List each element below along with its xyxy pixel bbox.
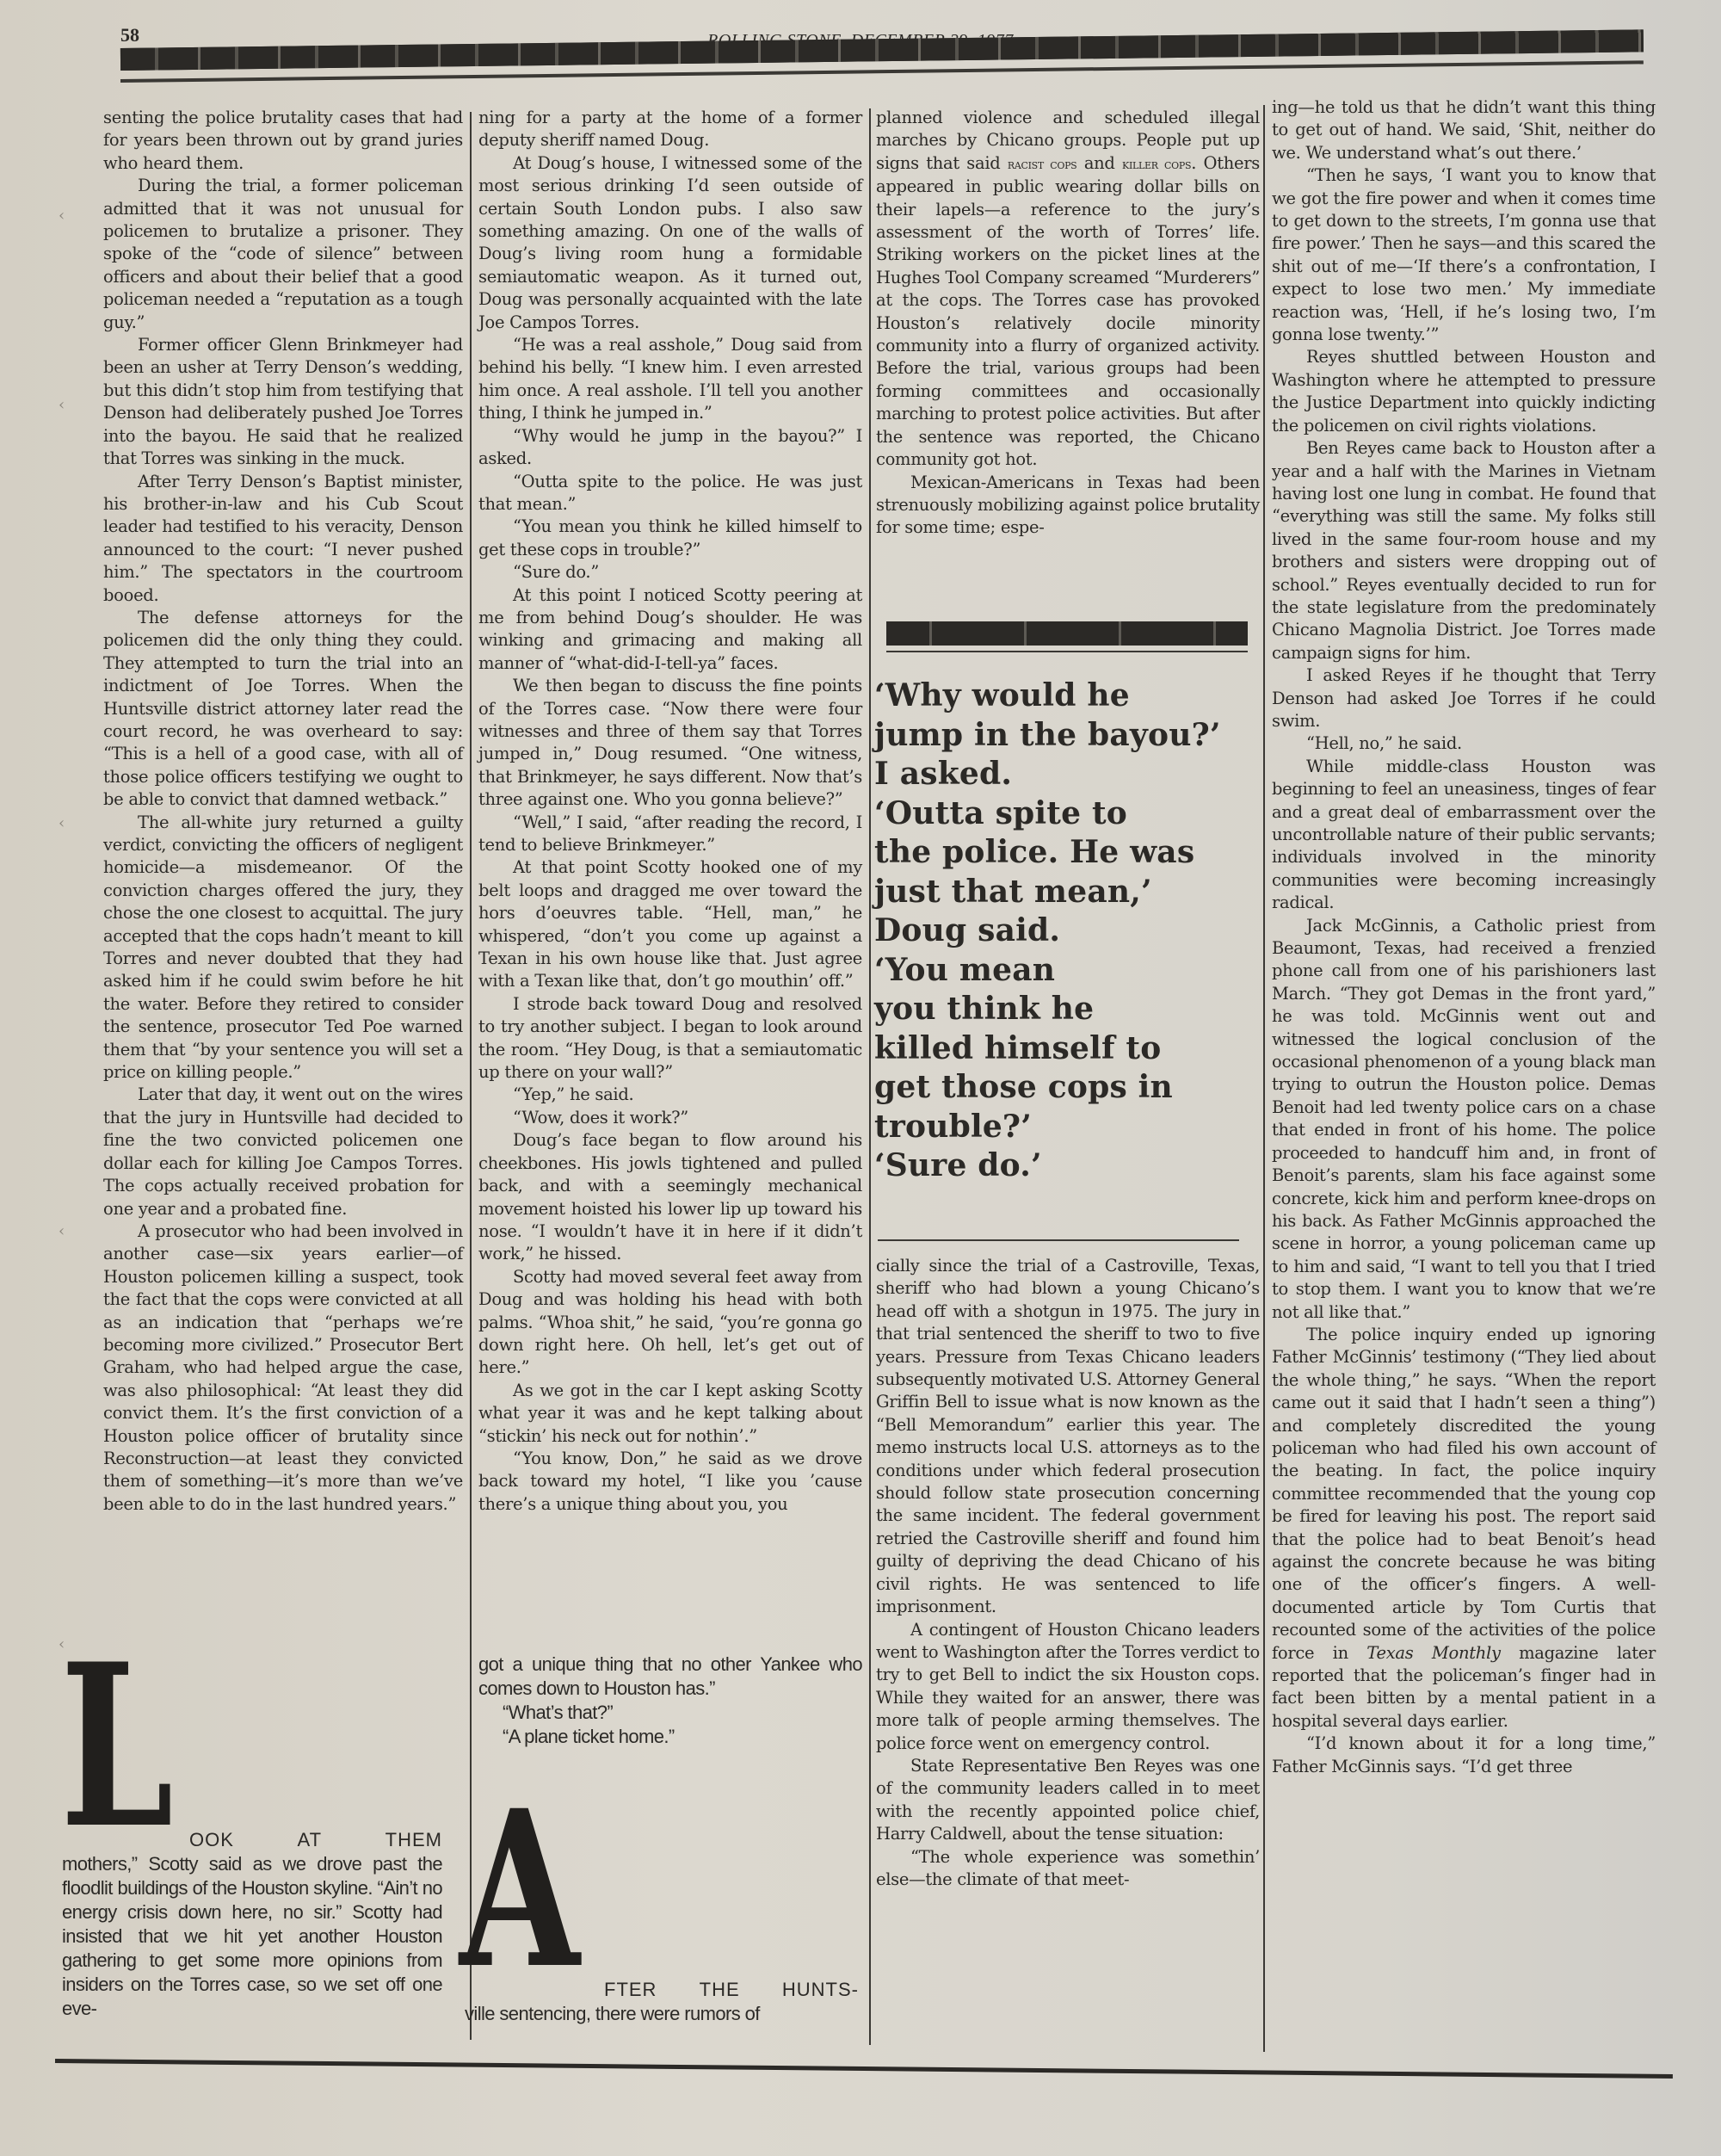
paragraph: “Hell, no,” he said. — [1272, 732, 1656, 755]
article-column-1: senting the police brutality cases that … — [103, 107, 463, 1516]
article-column-2: ning for a party at the home of a former… — [478, 107, 862, 1516]
lead-caps: FTER THE HUNTS- — [604, 1978, 859, 2002]
margin-mark: ‹ — [59, 814, 84, 823]
paragraph: While middle-class Houston was beginning… — [1272, 756, 1656, 915]
lead-caps-word: THEM — [386, 1828, 442, 1852]
paragraph: As we got in the car I kept asking Scott… — [478, 1380, 862, 1448]
paragraph: Later that day, it went out on the wires… — [103, 1084, 463, 1220]
paragraph: Reyes shuttled between Houston and Washi… — [1272, 346, 1656, 437]
paragraph: A contingent of Houston Chicano leaders … — [876, 1619, 1260, 1755]
paragraph: “Outta spite to the police. He was just … — [478, 471, 862, 516]
paragraph: “Sure do.” — [478, 561, 862, 584]
paragraph: At that point Scotty hooked one of my be… — [478, 856, 862, 992]
paragraph: “You mean you think he killed himself to… — [478, 516, 862, 561]
article-column-4: ing—he told us that he didn’t want this … — [1272, 96, 1656, 1778]
paragraph: “Wow, does it work?” — [478, 1107, 862, 1129]
paragraph: During the trial, a former policeman adm… — [103, 175, 463, 334]
margin-mark: ‹ — [59, 207, 84, 215]
pullquote-line: ‘You mean — [874, 951, 1253, 991]
paragraph: Jack McGinnis, a Catholic priest from Be… — [1272, 915, 1656, 1324]
paragraph: Former officer Glenn Brinkmeyer had been… — [103, 334, 463, 470]
pullquote-line: trouble?’ — [874, 1108, 1253, 1147]
pullquote-line: Doug said. — [874, 911, 1253, 951]
sign-text-racist-cops: racist cops — [1008, 156, 1077, 172]
paragraph: ning for a party at the home of a former… — [478, 107, 862, 152]
pullquote-top-bar — [886, 621, 1248, 646]
pullquote-line: I asked. — [874, 755, 1253, 794]
pullquote-line: ‘Why would he — [874, 676, 1253, 716]
pullquote-line: get those cops in — [874, 1068, 1253, 1108]
paragraph: got a unique thing that no other Yankee … — [478, 1653, 862, 1701]
lead-text: ville sentencing, there were rumors of — [465, 2002, 859, 2026]
footer-rule — [55, 2059, 1673, 2079]
margin-mark: ‹ — [59, 1222, 84, 1231]
pullquote: ‘Why would he jump in the bayou?’ I aske… — [874, 676, 1253, 1186]
paragraph: Doug’s face began to flow around his che… — [478, 1129, 862, 1265]
paragraph: “What’s that?” — [478, 1701, 862, 1725]
pullquote-line: the police. He was — [874, 833, 1253, 873]
paragraph: “He was a real asshole,” Doug said from … — [478, 334, 862, 425]
pullquote-top-rule — [886, 651, 1248, 652]
paragraph: The defense attorneys for the policemen … — [103, 607, 463, 812]
article-column-3-bottom: cially since the trial of a Castroville,… — [876, 1255, 1260, 1891]
paragraph: “Then he says, ‘I want you to know that … — [1272, 164, 1656, 346]
paragraph: Ben Reyes came back to Houston after a y… — [1272, 437, 1656, 664]
lead-caps-word: FTER — [604, 1978, 657, 2002]
article-column-3-top: planned violence and scheduled illegal m… — [876, 107, 1260, 540]
lead-caps: OOK AT THEM — [189, 1828, 442, 1852]
paragraph: At Doug’s house, I witnessed some of the… — [478, 152, 862, 334]
margin-mark: ‹ — [59, 1635, 84, 1644]
lead-caps-word: HUNTS- — [782, 1978, 859, 2002]
publication-title: Texas Monthly — [1366, 1643, 1500, 1663]
column-divider-1 — [470, 112, 472, 2040]
column-2-ending: got a unique thing that no other Yankee … — [478, 1653, 862, 1749]
lead-caps-word: OOK — [189, 1828, 234, 1852]
pullquote-line: ‘Outta spite to — [874, 794, 1253, 834]
margin-mark: ‹ — [59, 396, 84, 405]
paragraph: The police inquiry ended up ignoring Fat… — [1272, 1324, 1656, 1733]
text-run: The police inquiry ended up ignoring Fat… — [1272, 1325, 1656, 1663]
text-run: . Others appeared in public wearing doll… — [876, 153, 1260, 469]
column-divider-2 — [869, 108, 871, 2045]
paragraph: “The whole experience was somethin’ else… — [876, 1846, 1260, 1892]
paragraph: ing—he told us that he didn’t want this … — [1272, 96, 1656, 164]
lead-caps-word: THE — [700, 1978, 740, 2002]
paragraph: “You know, Don,” he said as we drove bac… — [478, 1448, 862, 1516]
pullquote-line: jump in the bayou?’ — [874, 716, 1253, 756]
paragraph: I asked Reyes if he thought that Terry D… — [1272, 664, 1656, 732]
text-run: and — [1076, 153, 1122, 173]
paragraph: We then began to discuss the fine points… — [478, 675, 862, 811]
paragraph: Scotty had moved several feet away from … — [478, 1266, 862, 1380]
pullquote-line: you think he — [874, 990, 1253, 1029]
paragraph: “I’d known about it for a long time,” Fa… — [1272, 1733, 1656, 1778]
paragraph: senting the police brutality cases that … — [103, 107, 463, 175]
pullquote-line: just that mean,’ — [874, 873, 1253, 912]
paragraph: “Yep,” he said. — [478, 1084, 862, 1106]
paragraph: State Representative Ben Reyes was one o… — [876, 1755, 1260, 1846]
pullquote-bottom-rule — [878, 1239, 1239, 1241]
paragraph: At this point I noticed Scotty peering a… — [478, 584, 862, 676]
section-lead-1: OOK AT THEM mothers,” Scotty said as we … — [62, 1828, 442, 2021]
paragraph: cially since the trial of a Castroville,… — [876, 1255, 1260, 1619]
column-divider-3 — [1263, 105, 1265, 2052]
sign-text-killer-cops: killer cops — [1122, 156, 1191, 172]
drop-cap-A: A — [460, 1782, 580, 1997]
drop-cap-L: L — [60, 1635, 174, 1859]
pullquote-line: killed himself to — [874, 1029, 1253, 1069]
pullquote-line: ‘Sure do.’ — [874, 1146, 1253, 1186]
paragraph: Mexican-Americans in Texas had been stre… — [876, 472, 1260, 540]
paragraph: The all-white jury returned a guilty ver… — [103, 812, 463, 1084]
paragraph: I strode back toward Doug and resolved t… — [478, 993, 862, 1084]
paragraph: “Why would he jump in the bayou?” I aske… — [478, 425, 862, 471]
lead-caps-word: AT — [298, 1828, 322, 1852]
paragraph: “A plane ticket home.” — [478, 1725, 862, 1749]
paragraph: “Well,” I said, “after reading the recor… — [478, 812, 862, 857]
paragraph: planned violence and scheduled illegal m… — [876, 107, 1260, 472]
lead-text: mothers,” Scotty said as we drove past t… — [62, 1852, 442, 2021]
paragraph: After Terry Denson’s Baptist minister, h… — [103, 471, 463, 607]
paragraph: A prosecutor who had been involved in an… — [103, 1220, 463, 1516]
section-lead-2: FTER THE HUNTS- ville sentencing, there … — [465, 1978, 859, 2026]
